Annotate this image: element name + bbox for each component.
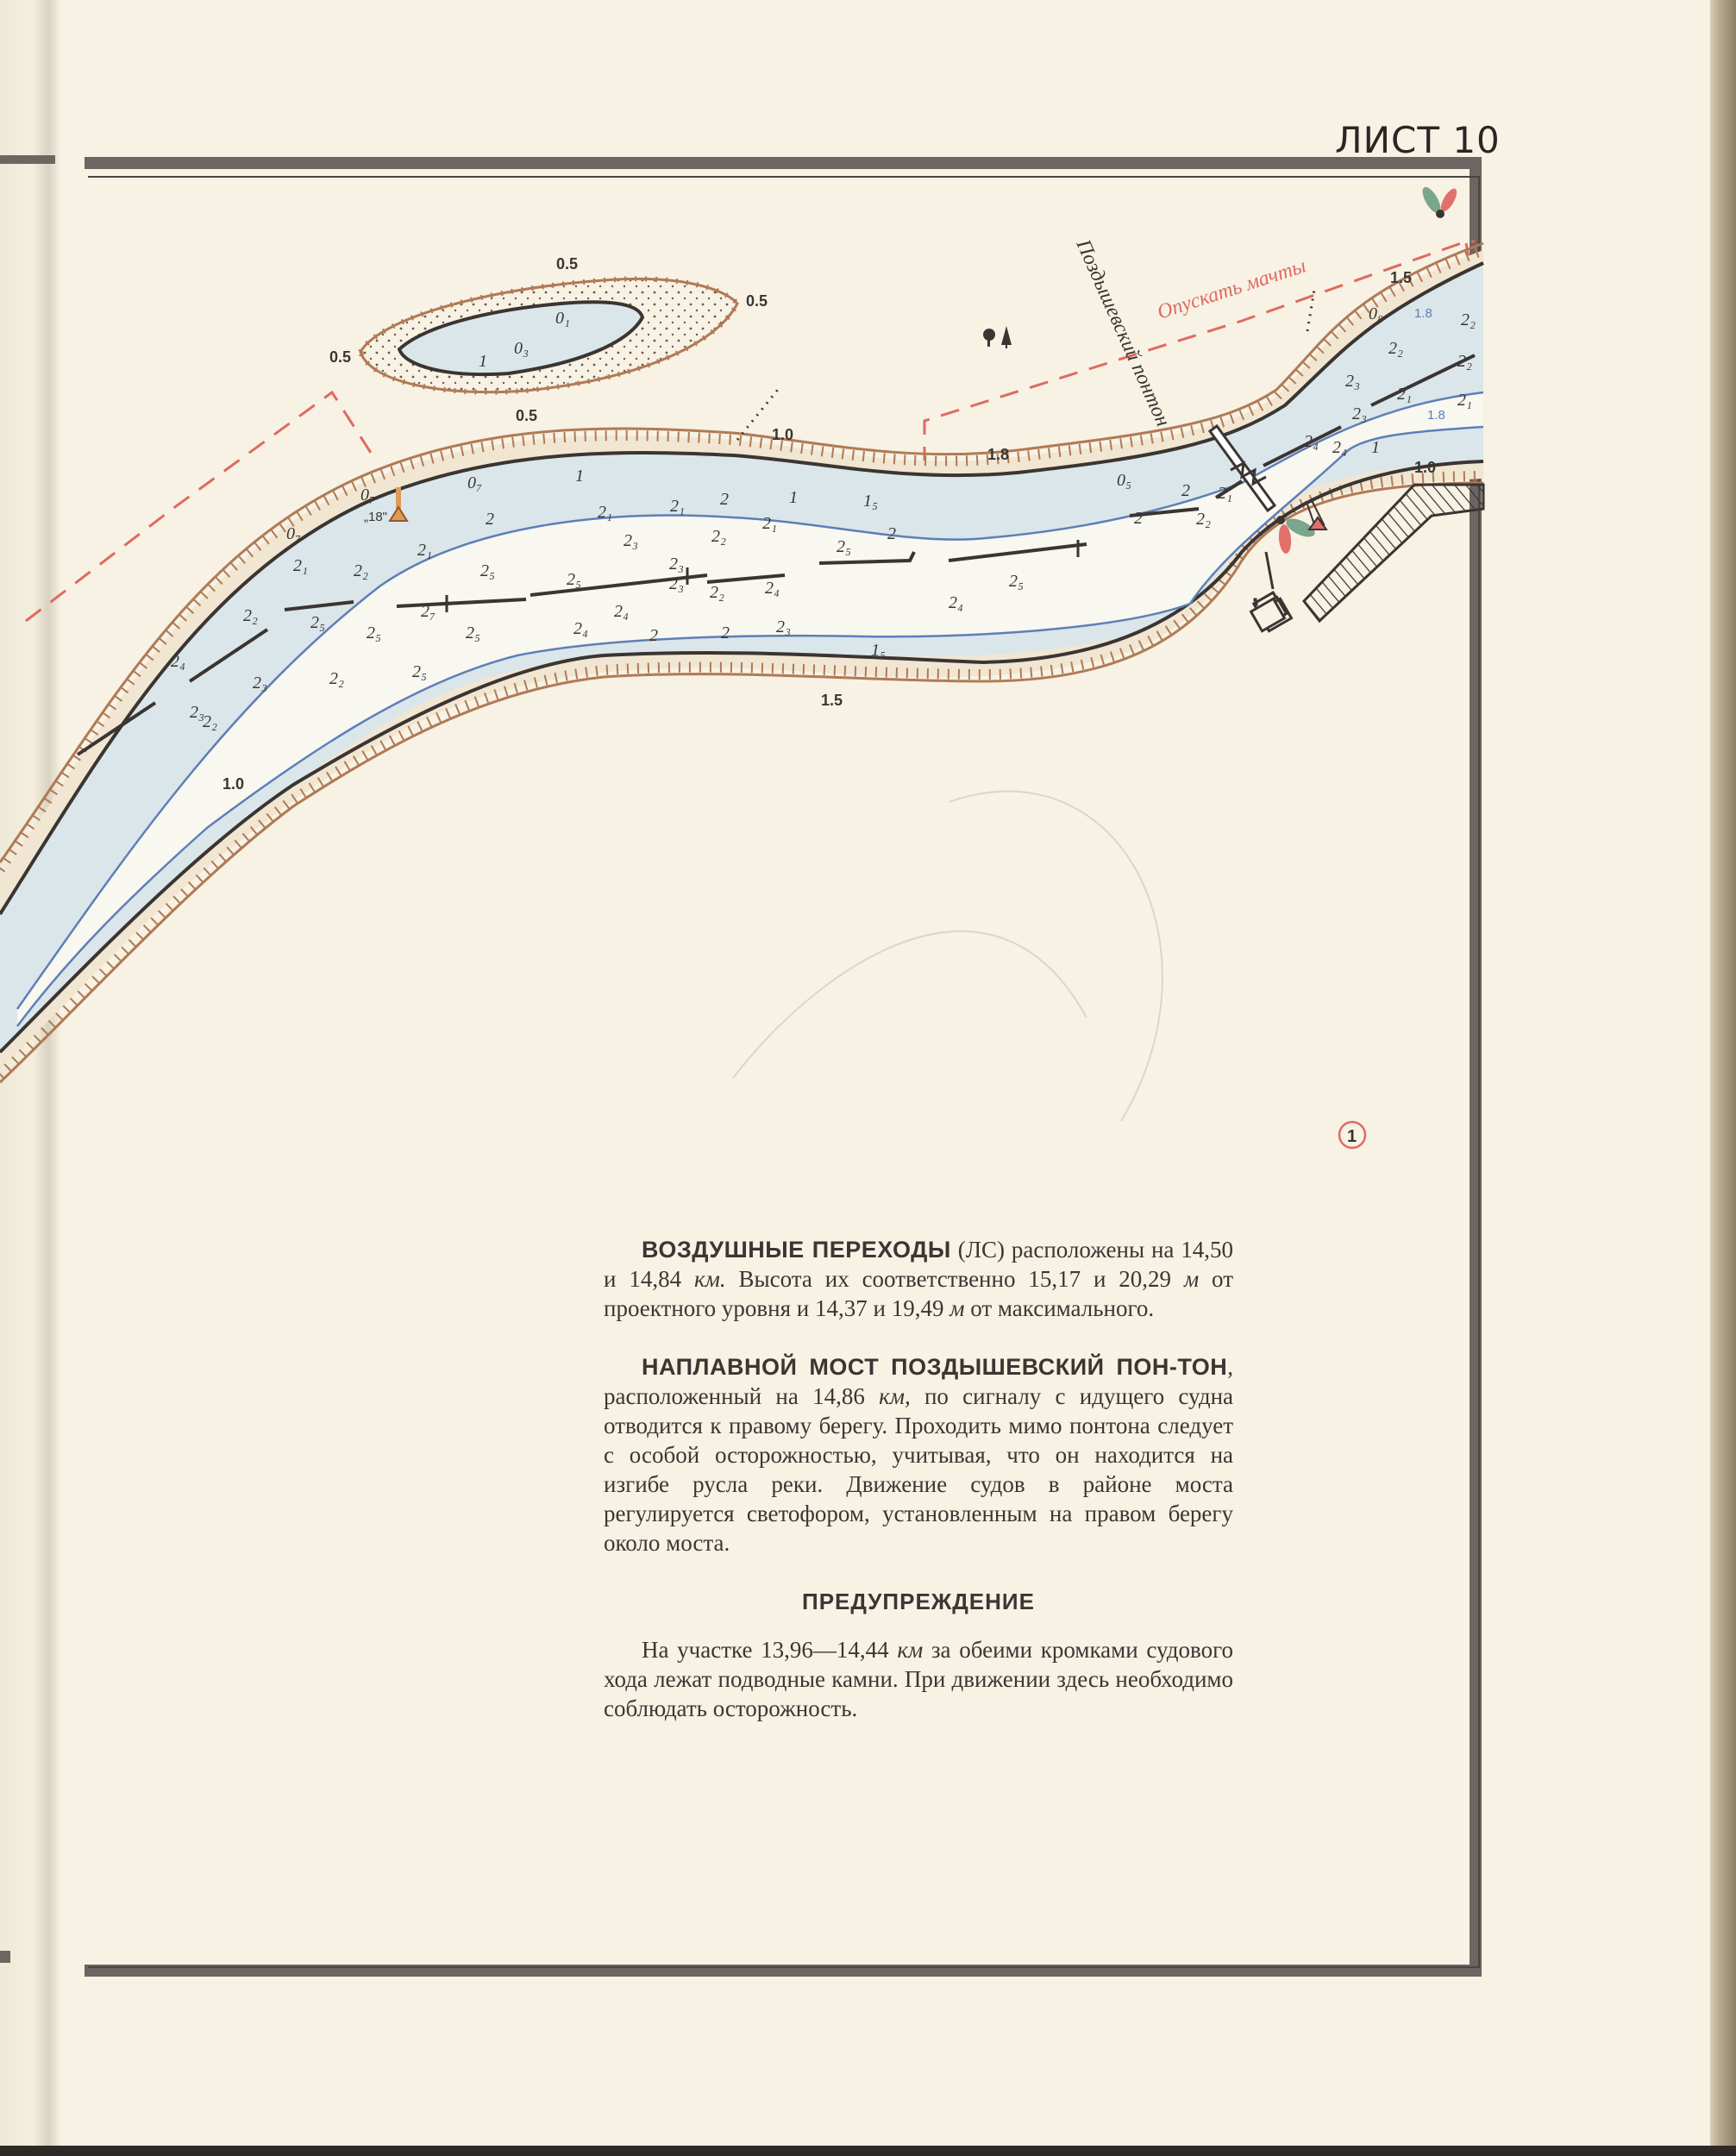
pontoon-bridge-note: НАПЛАВНОЙ МОСТ ПОЗДЫШЕВСКИЙ ПОН-ТОН, рас… (604, 1352, 1233, 1557)
svg-text:0₇: 0₇ (360, 486, 375, 505)
svg-text:2₃: 2₃ (1345, 372, 1360, 391)
svg-text:2₅: 2₅ (466, 624, 480, 642)
svg-text:0.5: 0.5 (746, 292, 768, 310)
svg-text:2₅: 2₅ (412, 662, 427, 681)
air-crossings-note: ВОЗДУШНЫЕ ПЕРЕХОДЫ (ЛС) расположены на 1… (604, 1235, 1233, 1323)
svg-text:2₄: 2₄ (573, 619, 588, 638)
svg-text:2₂: 2₂ (710, 583, 724, 602)
svg-text:2₂: 2₂ (1461, 310, 1476, 329)
svg-text:0₅: 0₅ (1117, 471, 1131, 490)
svg-text:2: 2 (721, 624, 730, 642)
pontoon-name-label: Поздышевский понтон (1071, 235, 1175, 430)
svg-text:2₅: 2₅ (1009, 572, 1024, 591)
svg-text:0₇: 0₇ (286, 524, 301, 543)
bottom-shadow (0, 2146, 1736, 2156)
svg-text:0.5: 0.5 (556, 255, 578, 273)
book-spine-edge (1710, 0, 1736, 2156)
svg-text:1.5: 1.5 (821, 692, 843, 709)
svg-text:2₅: 2₅ (837, 537, 851, 556)
svg-text:1.8: 1.8 (987, 446, 1009, 463)
svg-text:2₃: 2₃ (776, 617, 791, 636)
svg-text:„18": „18" (364, 510, 387, 524)
svg-text:2: 2 (720, 490, 729, 509)
svg-text:0₁: 0₁ (555, 309, 570, 328)
svg-text:2₃: 2₃ (1352, 404, 1367, 423)
svg-text:2₂: 2₂ (1388, 339, 1403, 358)
svg-text:2₅: 2₅ (480, 561, 495, 580)
warning-note: На участке 13,96—14,44 км за обеими кром… (604, 1635, 1233, 1723)
warning-heading: ПРЕДУПРЕЖДЕНИЕ (604, 1587, 1233, 1616)
svg-text:2₁: 2₁ (762, 514, 777, 533)
svg-text:2₁: 2₁ (670, 497, 685, 516)
svg-text:2₂: 2₂ (243, 606, 258, 625)
svg-text:1.0: 1.0 (1414, 459, 1436, 476)
svg-text:2₁: 2₁ (293, 556, 308, 575)
svg-text:2₂: 2₂ (329, 669, 344, 688)
semaphore-icon (1276, 515, 1318, 554)
svg-text:2₂: 2₂ (1196, 510, 1211, 529)
svg-text:2₄: 2₄ (765, 579, 780, 598)
island (360, 279, 737, 392)
svg-text:1₅: 1₅ (871, 641, 886, 660)
svg-text:1.0: 1.0 (772, 426, 793, 443)
svg-text:2₄: 2₄ (614, 602, 629, 621)
svg-text:1.8: 1.8 (1427, 408, 1445, 423)
svg-text:2₅: 2₅ (567, 570, 581, 589)
pontoon-bridge-title: НАПЛАВНОЙ МОСТ ПОЗДЫШЕВСКИЙ ПОН-ТОН (642, 1354, 1227, 1380)
svg-text:2₃: 2₃ (669, 574, 684, 593)
svg-text:1.0: 1.0 (222, 775, 244, 793)
svg-text:1: 1 (789, 488, 798, 507)
svg-text:2: 2 (486, 510, 494, 529)
svg-text:2: 2 (887, 524, 896, 543)
svg-text:2₂: 2₂ (711, 527, 726, 546)
svg-text:1: 1 (1371, 438, 1380, 457)
pier-hatched (1304, 485, 1483, 621)
svg-text:1₅: 1₅ (863, 492, 878, 511)
svg-text:2₁: 2₁ (1218, 484, 1232, 503)
svg-text:2₄: 2₄ (171, 652, 185, 671)
svg-text:2₂: 2₂ (1457, 352, 1472, 371)
svg-text:1: 1 (479, 352, 487, 371)
svg-text:1.8: 1.8 (1414, 306, 1432, 321)
svg-text:2₁: 2₁ (417, 541, 432, 560)
svg-text:0₃: 0₃ (514, 339, 529, 358)
svg-text:2: 2 (1181, 481, 1190, 500)
navigation-notes: ВОЗДУШНЫЕ ПЕРЕХОДЫ (ЛС) расположены на 1… (604, 1235, 1233, 1752)
svg-text:0.5: 0.5 (329, 348, 351, 366)
svg-text:2₄: 2₄ (1304, 432, 1319, 451)
svg-text:2₄: 2₄ (949, 593, 963, 612)
svg-text:2₁: 2₁ (1457, 391, 1472, 410)
svg-text:2₃: 2₃ (669, 555, 684, 573)
svg-text:2₃: 2₃ (624, 531, 638, 550)
svg-text:2₄: 2₄ (1332, 438, 1347, 457)
svg-text:0₈: 0₈ (1369, 304, 1383, 323)
svg-text:2₁: 2₁ (1397, 385, 1412, 404)
svg-text:1.5: 1.5 (1390, 269, 1412, 286)
svg-text:1: 1 (1347, 1127, 1357, 1146)
svg-text:2: 2 (1134, 509, 1143, 528)
semaphore-icon (1419, 185, 1459, 218)
svg-text:0₇: 0₇ (467, 473, 482, 492)
svg-text:2₇: 2₇ (421, 602, 436, 621)
svg-text:2₅: 2₅ (310, 613, 325, 632)
lower-masts-label: Опускать мачты (1155, 254, 1309, 323)
svg-text:2₁: 2₁ (598, 503, 612, 522)
svg-text:1: 1 (575, 467, 584, 486)
svg-text:2: 2 (649, 626, 658, 645)
svg-text:2₂: 2₂ (203, 712, 217, 731)
svg-text:2₂: 2₂ (354, 561, 368, 580)
svg-text:0.5: 0.5 (516, 407, 537, 424)
river-chart: Опускать мачты Поздышевский понтон 0.5 0… (0, 0, 1736, 2156)
svg-text:2₅: 2₅ (367, 624, 381, 642)
svg-text:2₃: 2₃ (253, 674, 267, 693)
air-crossings-title: ВОЗДУШНЫЕ ПЕРЕХОДЫ (642, 1237, 951, 1263)
tree-icon (983, 326, 1012, 348)
